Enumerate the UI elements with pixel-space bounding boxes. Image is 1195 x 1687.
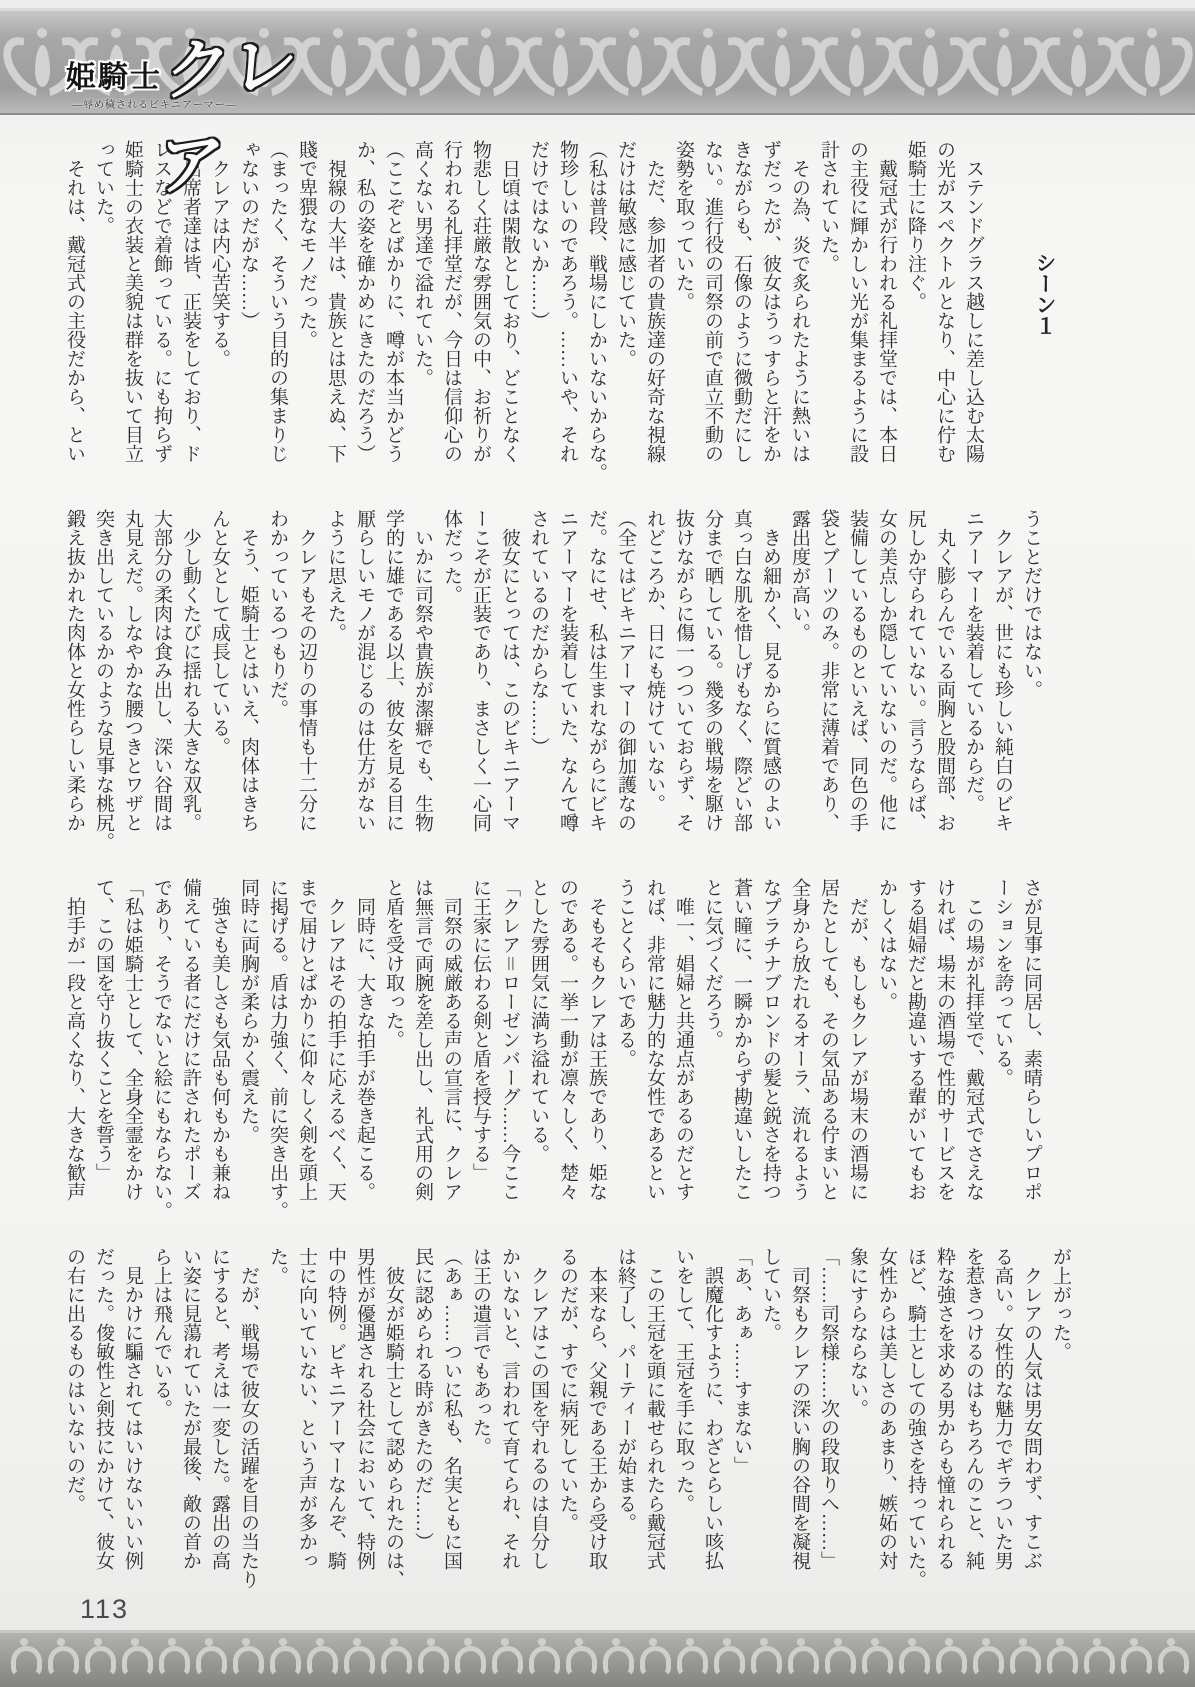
ornament-motif-icon — [672, 1636, 709, 1680]
ornament-motif-icon — [80, 1636, 117, 1680]
leaf-icon — [35, 45, 50, 87]
leaf-icon — [997, 45, 1012, 87]
leaf-icon — [627, 45, 642, 87]
ornament-motif-icon — [1005, 1636, 1042, 1680]
ornament-motif-icon — [968, 11, 1042, 111]
text-band-4: が上がった。 クレアの人気は男女問わず、すこぶ る高い。女性的な魅力でギラついた… — [60, 1247, 1075, 1592]
ornament-motif-icon — [931, 1636, 968, 1680]
ornament-motif-icon — [561, 1636, 598, 1680]
ornament-motif-icon — [1116, 1636, 1153, 1680]
ornament-motif-icon — [487, 1636, 524, 1680]
ornament-motif-icon — [154, 1636, 191, 1680]
ornament-motif-icon — [635, 1636, 672, 1680]
ornament-motif-icon — [783, 1636, 820, 1680]
leaf-icon — [1071, 45, 1086, 87]
book-page: 姫騎士 クレア ―辱め穢されるビキニアーマー― シーン１ ステンドグラス越しに差… — [0, 0, 1195, 1687]
ornament-motif-icon — [302, 1636, 339, 1680]
band-2-text: うことだけではない。 クレアが、世にも珍しい純白のビキ ニアーマーを装着している… — [60, 509, 1046, 854]
ornament-motif-icon — [117, 1636, 154, 1680]
ornament-motif-icon — [1079, 1636, 1116, 1680]
bottom-ornament-row — [0, 1636, 1195, 1680]
ornament-motif-icon — [450, 11, 524, 111]
ornament-motif-icon — [376, 1636, 413, 1680]
page-content: シーン１ ステンドグラス越しに差し込む太陽 の光がスペクトルとなり、中心に佇む … — [60, 140, 1100, 1616]
band-4-text: が上がった。 クレアの人気は男女問わず、すこぶ る高い。女性的な魅力でギラついた… — [60, 1247, 1075, 1592]
leaf-icon — [479, 45, 494, 87]
logo-subtitle: ―辱め穢されるビキニアーマー― — [72, 96, 237, 111]
ornament-motif-icon — [1042, 1636, 1079, 1680]
ornament-motif-icon — [376, 11, 450, 111]
leaf-icon — [923, 45, 938, 87]
ornament-motif-icon — [191, 1636, 228, 1680]
ornament-motif-icon — [450, 1636, 487, 1680]
ornament-motif-icon — [857, 1636, 894, 1680]
ornament-motif-icon — [6, 1636, 43, 1680]
ornament-motif-icon — [265, 1636, 302, 1680]
leaf-icon — [849, 45, 864, 87]
ornament-motif-icon — [746, 1636, 783, 1680]
ornament-motif-icon — [413, 1636, 450, 1680]
logo-title-small: 姫騎士 — [66, 52, 162, 96]
text-band-2: うことだけではない。 クレアが、世にも珍しい純白のビキ ニアーマーを装着している… — [60, 509, 1046, 854]
ornament-motif-icon — [820, 1636, 857, 1680]
ornament-motif-icon — [524, 11, 598, 111]
ornament-motif-icon — [709, 1636, 746, 1680]
text-band-3: さが見事に同居し、素晴らしいプロポ ーションを誇っている。 この場が礼拝堂で、戴… — [60, 878, 1046, 1223]
ornament-motif-icon — [894, 11, 968, 111]
leaf-icon — [405, 45, 420, 87]
ornament-motif-icon — [43, 1636, 80, 1680]
ornament-motif-icon — [1116, 11, 1190, 111]
page-number: 113 — [80, 1594, 129, 1625]
ornament-motif-icon — [598, 11, 672, 111]
ornament-motif-icon — [1042, 11, 1116, 111]
leaf-icon — [701, 45, 716, 87]
ornament-motif-icon — [1153, 1636, 1190, 1680]
ornament-motif-icon — [820, 11, 894, 111]
leaf-icon — [553, 45, 568, 87]
ornament-motif-icon — [672, 11, 746, 111]
ornament-motif-icon — [894, 1636, 931, 1680]
leaf-icon — [331, 45, 346, 87]
book-logo: 姫騎士 クレア ―辱め穢されるビキニアーマー― — [66, 26, 316, 130]
ornament-motif-icon — [968, 1636, 1005, 1680]
ornament-motif-icon — [598, 1636, 635, 1680]
ornament-motif-icon — [339, 1636, 376, 1680]
band-3-text: さが見事に同居し、素晴らしいプロポ ーションを誇っている。 この場が礼拝堂で、戴… — [60, 878, 1046, 1223]
leaf-icon — [775, 45, 790, 87]
leaf-icon — [1145, 45, 1160, 87]
scene-heading: シーン１ — [1030, 140, 1059, 485]
bottom-ornament-border — [0, 1630, 1195, 1687]
ornament-motif-icon — [228, 1636, 265, 1680]
ornament-motif-icon — [746, 11, 820, 111]
ornament-motif-icon — [524, 1636, 561, 1680]
